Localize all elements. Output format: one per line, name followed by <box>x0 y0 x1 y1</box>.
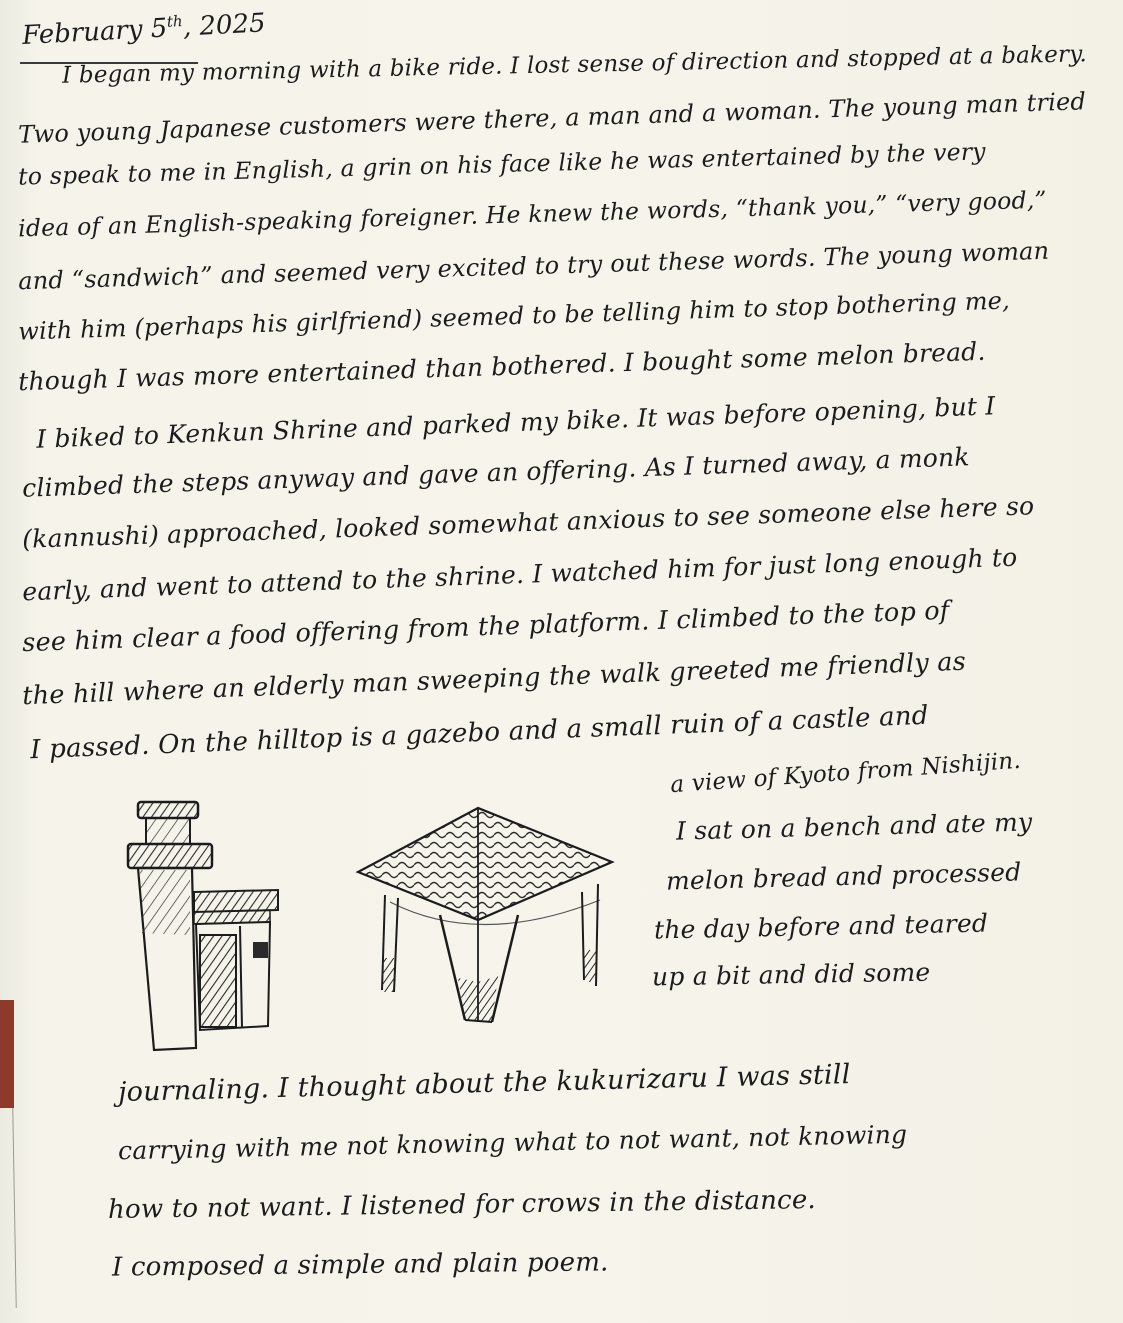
text-line: I biked to Kenkun Shrine and parked my b… <box>36 391 996 453</box>
page-edge-line <box>12 1108 16 1308</box>
text-line: idea of an English-speaking foreigner. H… <box>18 186 1047 243</box>
text-line: I composed a simple and plain poem. <box>112 1247 609 1282</box>
date-year: , 2025 <box>182 8 266 42</box>
text-line: early, and went to attend to the shrine.… <box>22 543 1018 607</box>
text-line: see him clear a food offering from the p… <box>22 596 950 658</box>
side-text-line: up a bit and did some <box>652 958 931 992</box>
text-line: to speak to me in English, a grin on his… <box>18 137 986 190</box>
text-line: I began my morning with a bike ride. I l… <box>62 41 1087 88</box>
text-line: though I was more entertained than bothe… <box>18 337 986 396</box>
side-text-line: I sat on a bench and ate my <box>676 807 1033 845</box>
text-line: the hill where an elderly man sweeping t… <box>22 647 967 712</box>
text-line: a view of Kyoto from Nishijin. <box>670 748 1022 798</box>
text-line: (kannushi) approached, looked somewhat a… <box>22 491 1035 554</box>
text-line: I passed. On the hilltop is a gazebo and… <box>30 701 929 765</box>
side-text-line: melon bread and processed <box>666 857 1022 895</box>
text-line: journaling. I thought about the kukuriza… <box>118 1059 851 1108</box>
castle-ruin-sketch <box>110 790 300 1060</box>
journal-date: February 5th, 2025 <box>21 8 266 51</box>
text-line: carrying with me not knowing what to not… <box>118 1120 908 1166</box>
text-line: climbed the steps anyway and gave an off… <box>22 442 970 502</box>
gazebo-sketch <box>350 800 620 1030</box>
side-text-line: the day before and teared <box>654 909 989 945</box>
journal-page: February 5th, 2025 I began my morning wi… <box>0 0 1123 1323</box>
text-line: how to not want. I listened for crows in… <box>108 1185 816 1225</box>
date-suffix: th <box>166 12 183 31</box>
text-line: with him (perhaps his girlfriend) seemed… <box>18 286 1011 345</box>
date-text: February 5 <box>21 13 168 51</box>
text-line: and “sandwich” and seemed very excited t… <box>18 237 1050 296</box>
notebook-binding <box>0 1000 14 1108</box>
